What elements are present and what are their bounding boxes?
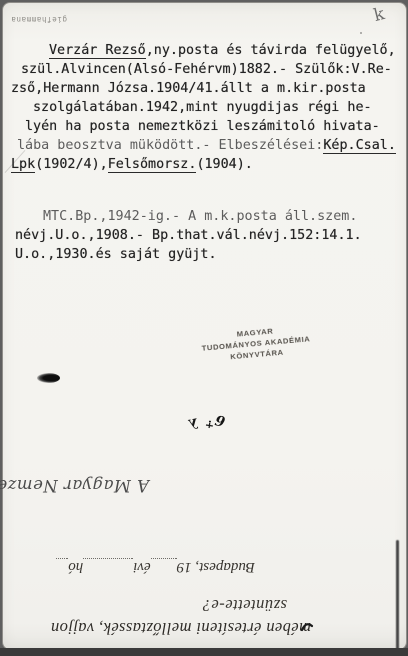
typed-text: zső,Hermann Józsa.1904/41.állt a m.kir.p… — [11, 81, 366, 96]
typed-text: lába beosztva müködött.- Elbeszélései: — [17, 138, 323, 153]
flipped-masthead: A Magyar Nemze — [0, 476, 149, 495]
typed-text: (1904). — [196, 157, 252, 172]
typed-text-underlined: Felsőmorsz. — [108, 157, 197, 173]
typed-text: lyén ha posta nemeztközi leszámitoló hiv… — [25, 119, 380, 134]
handwritten-mark: λ — [186, 414, 199, 432]
dotted-leader — [83, 558, 133, 572]
handwritten-mark: 9 — [213, 413, 226, 431]
typed-text: szül.Alvincen(Alsó-Fehérvm)1882.- Szülők… — [21, 62, 392, 77]
card-edge-shadow — [396, 540, 399, 650]
entry-name-underlined: Verzár Rezső — [49, 43, 146, 59]
typed-text-underlined: Lpk — [11, 157, 35, 173]
typed-line: Verzár Rezső,ny.posta és távirda felügye… — [49, 41, 396, 60]
typed-line: szolgálatában.1942,mint nyugdijas régi h… — [33, 98, 396, 117]
typed-line: névj.U.o.,1908.- Bp.that.vál.névj.152:14… — [15, 226, 362, 245]
typed-text-underlined: Kép.Csal. — [323, 138, 396, 154]
dotted-leader — [56, 558, 68, 572]
typed-entry: Verzár Rezső,ny.posta és távirda felügye… — [9, 41, 396, 174]
form-date-line: Budapest, 19évihó — [13, 558, 255, 575]
typed-text: ,ny.posta és távirda felügyelő, — [146, 43, 396, 58]
typed-line: U.o.,1930.és saját gyüjt. — [15, 245, 362, 264]
pencil-mark: k — [372, 4, 387, 26]
paper-speck — [360, 32, 362, 34]
form-month-label: hó — [68, 558, 83, 575]
marginalia-fragment: giefhammana — [9, 15, 67, 24]
form-city-label: Budapest, 19 — [177, 558, 255, 575]
typed-line: lába beosztva müködött.- Elbeszélései:Ké… — [17, 136, 396, 155]
ink-blot — [37, 373, 60, 383]
form-year-label: évi — [133, 558, 150, 575]
form-question: szüntette-e? — [153, 595, 287, 615]
form-notice: mében értesíteni mellőztassék, vajjon — [9, 618, 311, 638]
tick-mark-icon — [299, 619, 315, 633]
typed-text: szolgálatában.1942,mint nyugdijas régi h… — [33, 100, 372, 115]
dotted-leader — [151, 558, 177, 572]
typed-line: MTC.Bp.,1942-ig.- A m.k.posta áll.szem. — [43, 207, 362, 226]
typed-line: Lpk(1902/4),Felsőmorsz.(1904). — [11, 155, 396, 174]
library-stamp: MAGYAR TUDOMÁNYOS AKADÉMIA KÖNYVTÁRA — [200, 322, 312, 364]
typed-line: lyén ha posta nemeztközi leszámitoló hiv… — [25, 117, 396, 136]
typed-line: szül.Alvincen(Alsó-Fehérvm)1882.- Szülők… — [21, 60, 396, 79]
catalog-card: giefhammana k Verzár Rezső,ny.posta és t… — [2, 2, 407, 650]
sources-block: MTC.Bp.,1942-ig.- A m.k.posta áll.szem. … — [9, 207, 362, 264]
typed-text: (1902/4), — [35, 157, 108, 172]
scan-background-band — [0, 648, 408, 656]
typed-line: zső,Hermann Józsa.1904/41.állt a m.kir.p… — [11, 79, 396, 98]
